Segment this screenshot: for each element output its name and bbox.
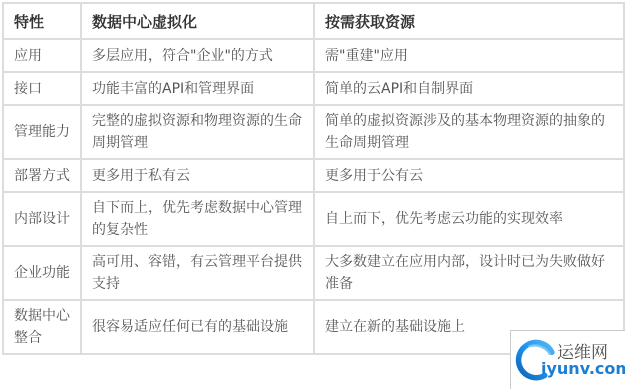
watermark-site-url[interactable]: iyunv.com xyxy=(541,359,625,378)
table-row-interface: 接口 功能丰富的API和管理界面 简单的云API和自制界面 xyxy=(3,72,624,105)
cell-feature: 部署方式 xyxy=(3,159,81,192)
table-row-management: 管理能力 完整的虚拟资源和物理资源的生命周期管理 简单的虚拟资源涉及的基本物理资… xyxy=(3,105,624,159)
cell-dc-virtualization: 更多用于私有云 xyxy=(81,159,314,192)
cell-dc-virtualization: 高可用、容错，有云管理平台提供支持 xyxy=(81,246,314,300)
table-header-row: 特性 数据中心虚拟化 按需获取资源 xyxy=(3,3,624,39)
cell-dc-virtualization: 自下而上，优先考虑数据中心管理的复杂性 xyxy=(81,192,314,246)
column-header-feature: 特性 xyxy=(3,3,81,39)
comparison-table: 特性 数据中心虚拟化 按需获取资源 应用 多层应用，符合"企业"的方式 需"重建… xyxy=(2,2,625,355)
cell-on-demand: 更多用于公有云 xyxy=(314,159,624,192)
cell-feature: 企业功能 xyxy=(3,246,81,300)
cell-feature: 数据中心整合 xyxy=(3,300,81,354)
column-header-on-demand: 按需获取资源 xyxy=(314,3,624,39)
column-header-dc-virtualization: 数据中心虚拟化 xyxy=(81,3,314,39)
cell-feature: 应用 xyxy=(3,39,81,72)
cell-on-demand: 需"重建"应用 xyxy=(314,39,624,72)
cell-on-demand: 自上而下，优先考虑云功能的实现效率 xyxy=(314,192,624,246)
cell-on-demand: 简单的虚拟资源涉及的基本物理资源的抽象的生命周期管理 xyxy=(314,105,624,159)
cell-on-demand: 简单的云API和自制界面 xyxy=(314,72,624,105)
table-row-application: 应用 多层应用，符合"企业"的方式 需"重建"应用 xyxy=(3,39,624,72)
cell-dc-virtualization: 多层应用，符合"企业"的方式 xyxy=(81,39,314,72)
table-row-enterprise-features: 企业功能 高可用、容错，有云管理平台提供支持 大多数建立在应用内部，设计时已为失… xyxy=(3,246,624,300)
cell-dc-virtualization: 功能丰富的API和管理界面 xyxy=(81,72,314,105)
table-row-deployment: 部署方式 更多用于私有云 更多用于公有云 xyxy=(3,159,624,192)
site-watermark[interactable]: 运维网 iyunv.com xyxy=(510,330,625,389)
cell-dc-virtualization: 完整的虚拟资源和物理资源的生命周期管理 xyxy=(81,105,314,159)
cell-feature: 管理能力 xyxy=(3,105,81,159)
cell-feature: 内部设计 xyxy=(3,192,81,246)
cell-feature: 接口 xyxy=(3,72,81,105)
cell-dc-virtualization: 很容易适应任何已有的基础设施 xyxy=(81,300,314,354)
table-row-internal-design: 内部设计 自下而上，优先考虑数据中心管理的复杂性 自上而下，优先考虑云功能的实现… xyxy=(3,192,624,246)
cell-on-demand: 大多数建立在应用内部，设计时已为失败做好准备 xyxy=(314,246,624,300)
page: 特性 数据中心虚拟化 按需获取资源 应用 多层应用，符合"企业"的方式 需"重建… xyxy=(0,0,625,391)
